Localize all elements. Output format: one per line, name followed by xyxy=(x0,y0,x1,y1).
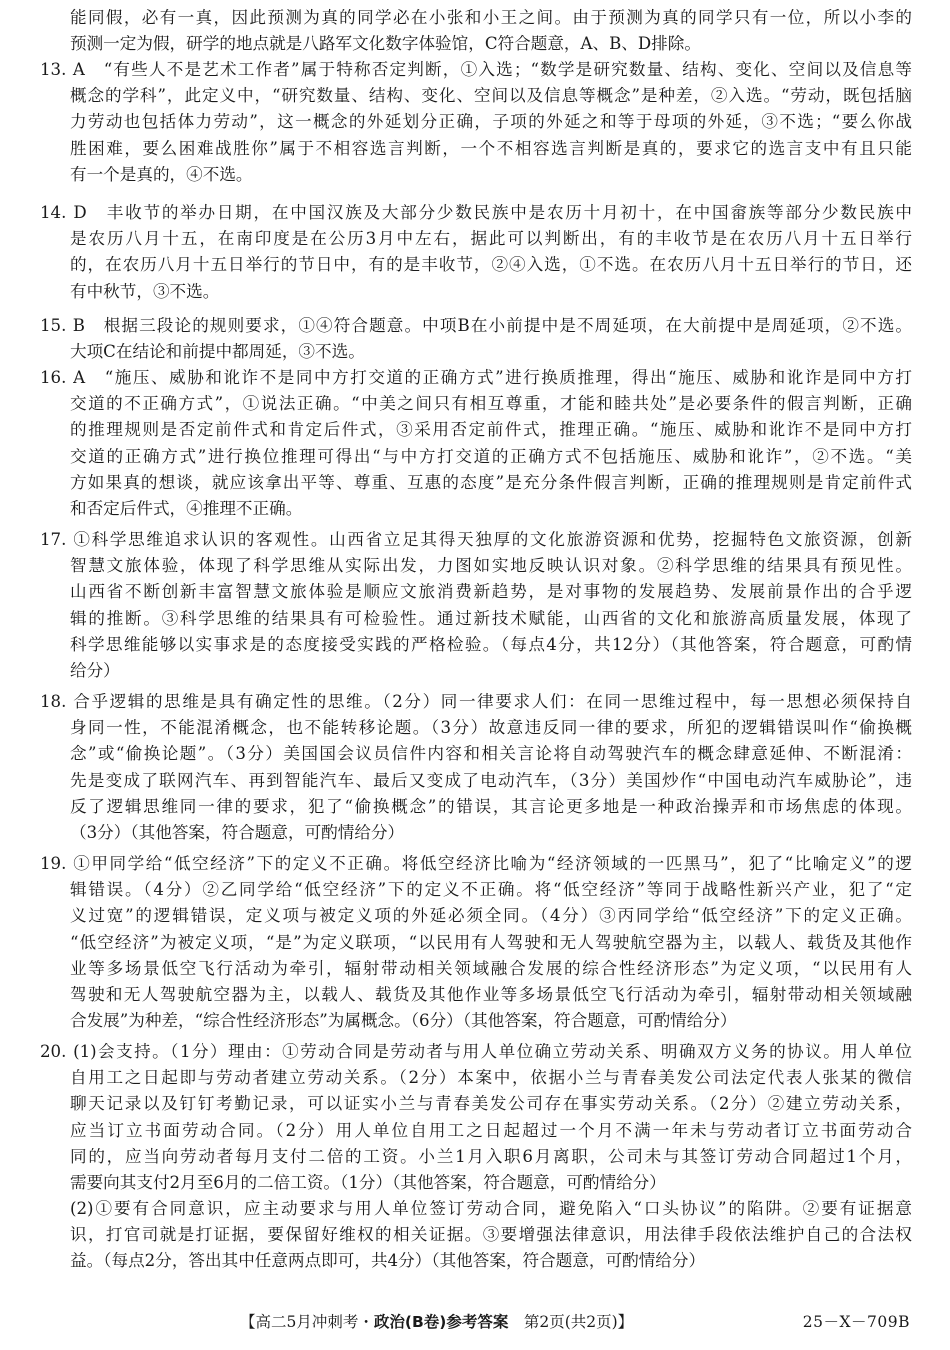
answer-line: 义过宽”的逻辑错误，定义项与被定义项的外延必须全同。（4分）③丙同学给“低空经济… xyxy=(40,903,912,929)
answer-line: 16. A “施压、威胁和讹诈不是同中方打交道的正确方式”进行换质推理，得出“施… xyxy=(40,365,912,391)
answer-item-q15: 15. B 根据三段论的规则要求，①④符合题意。中项B在小前提中是不周延项，在大… xyxy=(40,313,912,365)
answer-line: 交道的不正确方式”，①说法正确。“中美之间只有相互尊重，才能和睦共处”是必要条件… xyxy=(40,391,912,417)
answer-item-q13: 13. A “有些人不是艺术工作者”属于特称否定判断，①入选；“数学是研究数量、… xyxy=(40,57,912,188)
answer-line: 聊天记录以及钉钉考勤记录，可以证实小兰与青春美发公司存在事实劳动关系。（2分）②… xyxy=(40,1091,912,1117)
answer-line: 13. A “有些人不是艺术工作者”属于特称否定判断，①入选；“数学是研究数量、… xyxy=(40,57,912,83)
footer-exam-code: 25－X－709B xyxy=(803,1310,910,1332)
answer-line: 需要向其支付2月至6月的二倍工资。（1分）（其他答案，符合题意，可酌情给分） xyxy=(40,1170,912,1196)
answer-line: 应当订立书面劳动合同。（2分）用人单位自用工之日起超过一个月不满一年未与劳动者订… xyxy=(40,1118,912,1144)
answer-item-q20-2: (2)①要有合同意识，应主动要求与用人单位签订劳动合同，避免陷入“口头协议”的陷… xyxy=(40,1196,912,1275)
answer-line: 18. 合乎逻辑的思维是具有确定性的思维。（2分）同一律要求人们：在同一思维过程… xyxy=(40,689,912,715)
footer-title: 【高二5月冲刺考・政治(B卷)参考答案 第2页(共2页)】 xyxy=(240,1310,633,1332)
answer-line: “低空经济”为被定义项，“是”为定义联项，“以民用有人驾驶和无人驾驶航空器为主，… xyxy=(40,930,912,956)
answer-line: 方如果真的想谈，就应该拿出平等、尊重、互惠的态度”是充分条件假言判断，正确的推理… xyxy=(40,470,912,496)
answer-line: 的推理规则是否定前件式和肯定后件式，③采用否定前件式，推理正确。“施压、威胁和讹… xyxy=(40,417,912,443)
answer-line: 交道的正确方式”进行换位推理可得出“与中方打交道的正确方式不包括施压、威胁和讹诈… xyxy=(40,444,912,470)
answer-line: 先是变成了联网汽车、再到智能汽车、最后又变成了电动汽车，（3分）美国炒作“中国电… xyxy=(40,768,912,794)
answer-item-q14: 14. D 丰收节的举办日期，在中国汉族及大部分少数民族中是农历十月初十，在中国… xyxy=(40,200,912,305)
answer-line: 预测一定为假，研学的地点就是八路军文化数字体验馆，C符合题意，A、B、D排除。 xyxy=(40,31,912,57)
answer-line: 识，打官司就是打证据，要保留好维权的相关证据。③要增强法律意识，用法律手段依法维… xyxy=(40,1222,912,1248)
answer-line: 有一个是真的，④不选。 xyxy=(40,162,912,188)
answer-item-q18: 18. 合乎逻辑的思维是具有确定性的思维。（2分）同一律要求人们：在同一思维过程… xyxy=(40,689,912,846)
answer-line: 19. ①甲同学给“低空经济”下的定义不正确。将低空经济比喻为“经济领域的一匹黑… xyxy=(40,851,912,877)
answer-item-q16: 16. A “施压、威胁和讹诈不是同中方打交道的正确方式”进行换质推理，得出“施… xyxy=(40,365,912,522)
answer-line: 科学思维能够以实事求是的态度接受实践的严格检验。（每点4分，共12分）（其他答案… xyxy=(40,632,912,658)
answer-line: 山西省不断创新丰富智慧文旅体验是顺应文旅消费新趋势，是对事物的发展趋势、发展前景… xyxy=(40,579,912,605)
answer-line: 15. B 根据三段论的规则要求，①④符合题意。中项B在小前提中是不周延项，在大… xyxy=(40,313,912,339)
answer-line: 大项C在结论和前提中都周延，③不选。 xyxy=(40,339,912,365)
answer-line: （3分）（其他答案，符合题意，可酌情给分） xyxy=(40,820,912,846)
answer-line: 20. (1)会支持。（1分）理由：①劳动合同是劳动者与用人单位确立劳动关系、明… xyxy=(40,1039,912,1065)
answer-line: 有中秋节，③不选。 xyxy=(40,279,912,305)
answer-line: 的，在农历八月十五日举行的节日中，有的是丰收节，②④入选，①不选。在农历八月十五… xyxy=(40,252,912,278)
answer-line: 反了逻辑思维同一律的要求，犯了“偷换概念”的错误，其言论更多地是一种政治操弄和市… xyxy=(40,794,912,820)
answer-line: 辑的推断。③科学思维的结果具有可检验性。通过新技术赋能，山西省的文化和旅游高质量… xyxy=(40,606,912,632)
answer-item-cont-12: 能同假，必有一真，因此预测为真的同学必在小张和小王之间。由于预测为真的同学只有一… xyxy=(40,5,912,57)
answer-line: 17. ①科学思维追求认识的客观性。山西省立足其得天独厚的文化旅游资源和优势，挖… xyxy=(40,527,912,553)
answer-line: 胜困难，要么困难战胜你”属于不相容选言判断，一个不相容选言判断是真的，要求它的选… xyxy=(40,136,912,162)
answer-line: 14. D 丰收节的举办日期，在中国汉族及大部分少数民族中是农历十月初十，在中国… xyxy=(40,200,912,226)
page-footer: 【高二5月冲刺考・政治(B卷)参考答案 第2页(共2页)】 25－X－709B xyxy=(0,1310,950,1334)
answer-line: 驾驶和无人驾驶航空器为主，以载人、载货及其他作业等多场景低空飞行活动为牵引，辐射… xyxy=(40,982,912,1008)
footer-title-prefix: 【高二5月冲刺考・ xyxy=(240,1313,374,1331)
answer-line: 业等多场景低空飞行活动为牵引，辐射带动相关领域融合发展的综合性经济形态”为定义项… xyxy=(40,956,912,982)
answer-line: 智慧文旅体验，体现了科学思维从实际出发，力图如实地反映认识对象。②科学思维的结果… xyxy=(40,553,912,579)
answer-line: 益。（每点2分，答出其中任意两点即可，共4分）（其他答案，符合题意，可酌情给分） xyxy=(40,1248,912,1274)
footer-subject: 政治(B卷)参考答案 xyxy=(374,1313,508,1331)
answer-line: 概念的学科”，此定义中，“研究数量、结构、变化、空间以及信息等概念”是种差，②入… xyxy=(40,83,912,109)
answer-line: 同的，应当向劳动者每月支付二倍的工资。小兰1月入职6月离职，公司未与其签订劳动合… xyxy=(40,1144,912,1170)
answer-line: 合发展”为种差，“综合性经济形态”为属概念。（6分）（其他答案，符合题意，可酌情… xyxy=(40,1008,912,1034)
footer-page-number: 第2页(共2页)】 xyxy=(508,1313,633,1331)
answer-line: 是农历八月十五，在南印度是在公历3月中左右，据此可以判断出，有的丰收节是在农历八… xyxy=(40,226,912,252)
answer-line: (2)①要有合同意识，应主动要求与用人单位签订劳动合同，避免陷入“口头协议”的陷… xyxy=(40,1196,912,1222)
answer-item-q20-1: 20. (1)会支持。（1分）理由：①劳动合同是劳动者与用人单位确立劳动关系、明… xyxy=(40,1039,912,1196)
answer-line: 自用工之日起即与劳动者建立劳动关系。（2分）本案中，依据小兰与青春美发公司法定代… xyxy=(40,1065,912,1091)
answer-line: 身同一性，不能混淆概念，也不能转移论题。（3分）故意违反同一律的要求，所犯的逻辑… xyxy=(40,715,912,741)
answer-key-page: 能同假，必有一真，因此预测为真的同学必在小张和小王之间。由于预测为真的同学只有一… xyxy=(0,0,950,1350)
answer-line: 力劳动也包括体力劳动”，这一概念的外延划分正确，子项的外延之和等于母项的外延，③… xyxy=(40,109,912,135)
answer-item-q17: 17. ①科学思维追求认识的客观性。山西省立足其得天独厚的文化旅游资源和优势，挖… xyxy=(40,527,912,684)
answer-line: 念”或“偷换论题”。（3分）美国国会议员信件内容和相关言论将自动驾驶汽车的概念肆… xyxy=(40,741,912,767)
answer-item-q19: 19. ①甲同学给“低空经济”下的定义不正确。将低空经济比喻为“经济领域的一匹黑… xyxy=(40,851,912,1034)
answer-line: 和否定后件式，④推理不正确。 xyxy=(40,496,912,522)
answer-line: 辑错误。（4分）②乙同学给“低空经济”下的定义不正确。将“低空经济”等同于战略性… xyxy=(40,877,912,903)
answer-line: 给分） xyxy=(40,658,912,684)
answer-line: 能同假，必有一真，因此预测为真的同学必在小张和小王之间。由于预测为真的同学只有一… xyxy=(40,5,912,31)
